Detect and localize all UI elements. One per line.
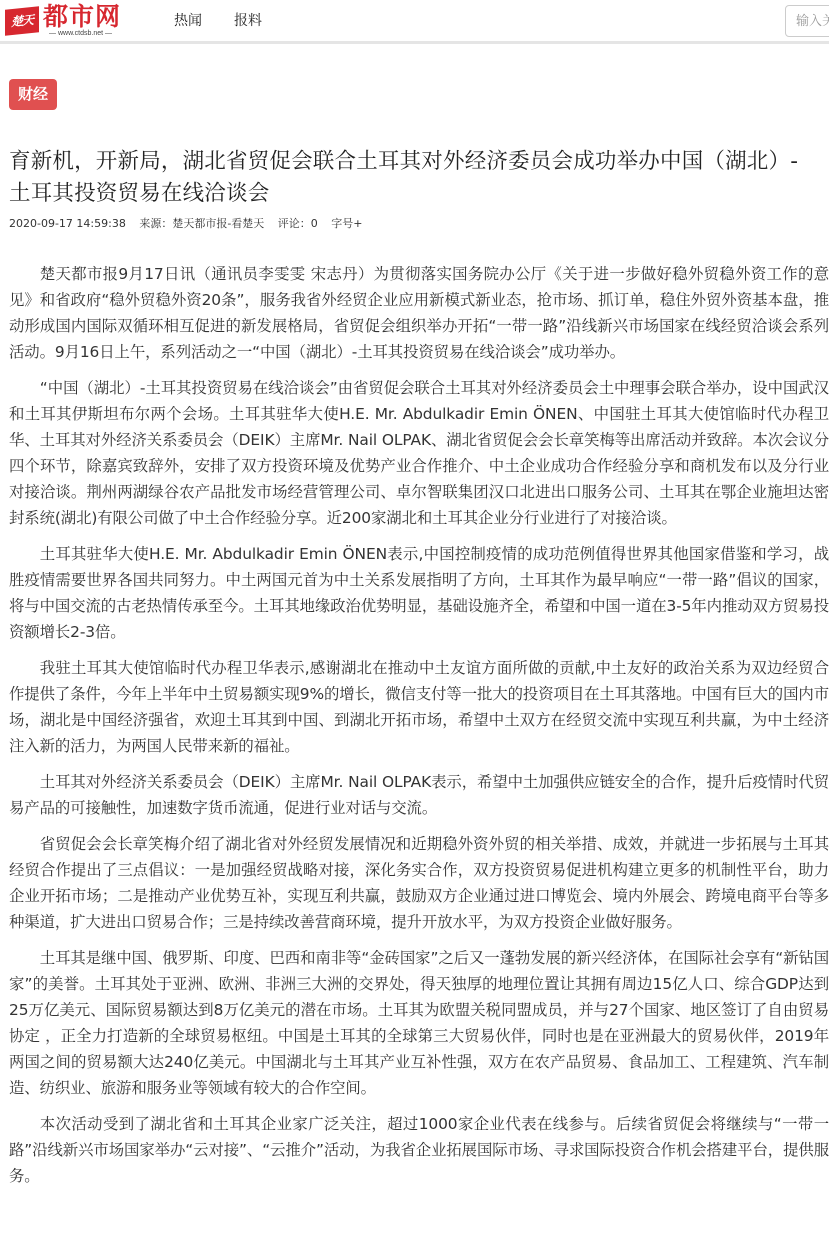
publish-datetime: 2020-09-17 14:59:38	[9, 217, 126, 230]
logo-url: — www.ctdsb.net —	[49, 30, 112, 37]
category-badge[interactable]: 财经	[9, 79, 57, 110]
article-title: 育新机，开新局，湖北省贸促会联合土耳其对外经济委员会成功举办中国（湖北）-土耳其…	[9, 146, 809, 210]
site-logo[interactable]: 楚天 都市网 — www.ctdsb.net —	[5, 6, 140, 40]
search-input[interactable]	[785, 5, 829, 37]
font-size-toggle[interactable]: 字号+	[331, 217, 362, 230]
article-meta: 2020-09-17 14:59:38 来源：楚天都市报-看楚天 评论：0 字号…	[9, 216, 373, 232]
logo-text: 都市网	[43, 3, 121, 31]
article-paragraph: 土耳其对外经济关系委员会（DEIK）主席Mr. Nail OLPAK表示，希望中…	[9, 769, 829, 821]
nav-item-hot-news[interactable]: 热闻	[174, 12, 202, 30]
article-paragraph: “中国（湖北）-土耳其投资贸易在线洽谈会”由省贸促会联合土耳其对外经济委员会土中…	[9, 375, 829, 531]
main-nav: 热闻 报料	[174, 12, 262, 30]
logo-url-text: www.ctdsb.net	[58, 30, 103, 37]
article-body: 楚天都市报9月17日讯（通讯员李雯雯 宋志丹）为贯彻落实国务院办公厅《关于进一步…	[9, 261, 829, 1199]
article-paragraph: 本次活动受到了湖北省和土耳其企业家广泛关注，超过1000家企业代表在线参与。后续…	[9, 1111, 829, 1189]
nav-item-report-tip[interactable]: 报料	[234, 12, 262, 30]
article-paragraph: 土耳其驻华大使H.E. Mr. Abdulkadir Emin ÖNEN表示,中…	[9, 541, 829, 645]
logo-mark: 楚天	[5, 6, 39, 36]
article-paragraph: 土耳其是继中国、俄罗斯、印度、巴西和南非等“金砖国家”之后又一蓬勃发展的新兴经济…	[9, 945, 829, 1101]
article-source: 来源：楚天都市报-看楚天	[139, 217, 264, 230]
article-paragraph: 省贸促会会长章笑梅介绍了湖北省对外经贸发展情况和近期稳外资外贸的相关举措、成效，…	[9, 831, 829, 935]
article-paragraph: 我驻土耳其大使馆临时代办程卫华表示,感谢湖北在推动中土友谊方面所做的贡献,中土友…	[9, 655, 829, 759]
comment-count[interactable]: 评论：0	[278, 217, 318, 230]
article-paragraph: 楚天都市报9月17日讯（通讯员李雯雯 宋志丹）为贯彻落实国务院办公厅《关于进一步…	[9, 261, 829, 365]
top-navigation-bar: 楚天 都市网 — www.ctdsb.net — 热闻 报料	[0, 0, 829, 44]
